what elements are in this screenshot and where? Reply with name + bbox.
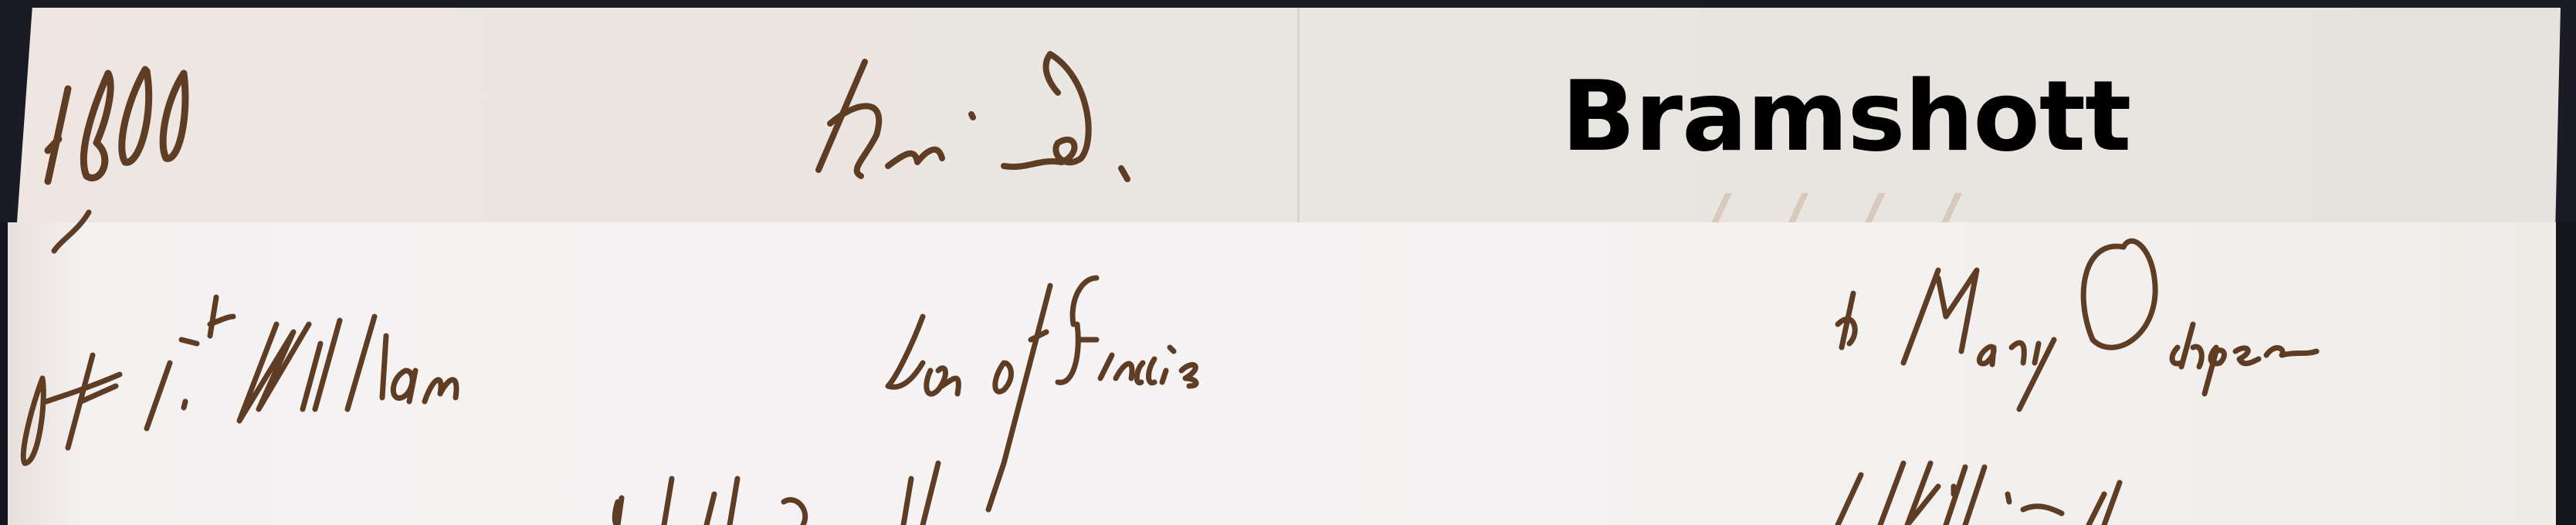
handwriting-layer	[0, 0, 2576, 525]
heading-handwriting	[819, 54, 1127, 179]
year-handwriting	[48, 69, 185, 181]
parish-name-label: Bramshott	[1561, 68, 2130, 165]
entry-handwriting	[239, 241, 2317, 510]
date-handwriting	[23, 212, 233, 463]
partial-line-handwriting	[615, 463, 2120, 525]
